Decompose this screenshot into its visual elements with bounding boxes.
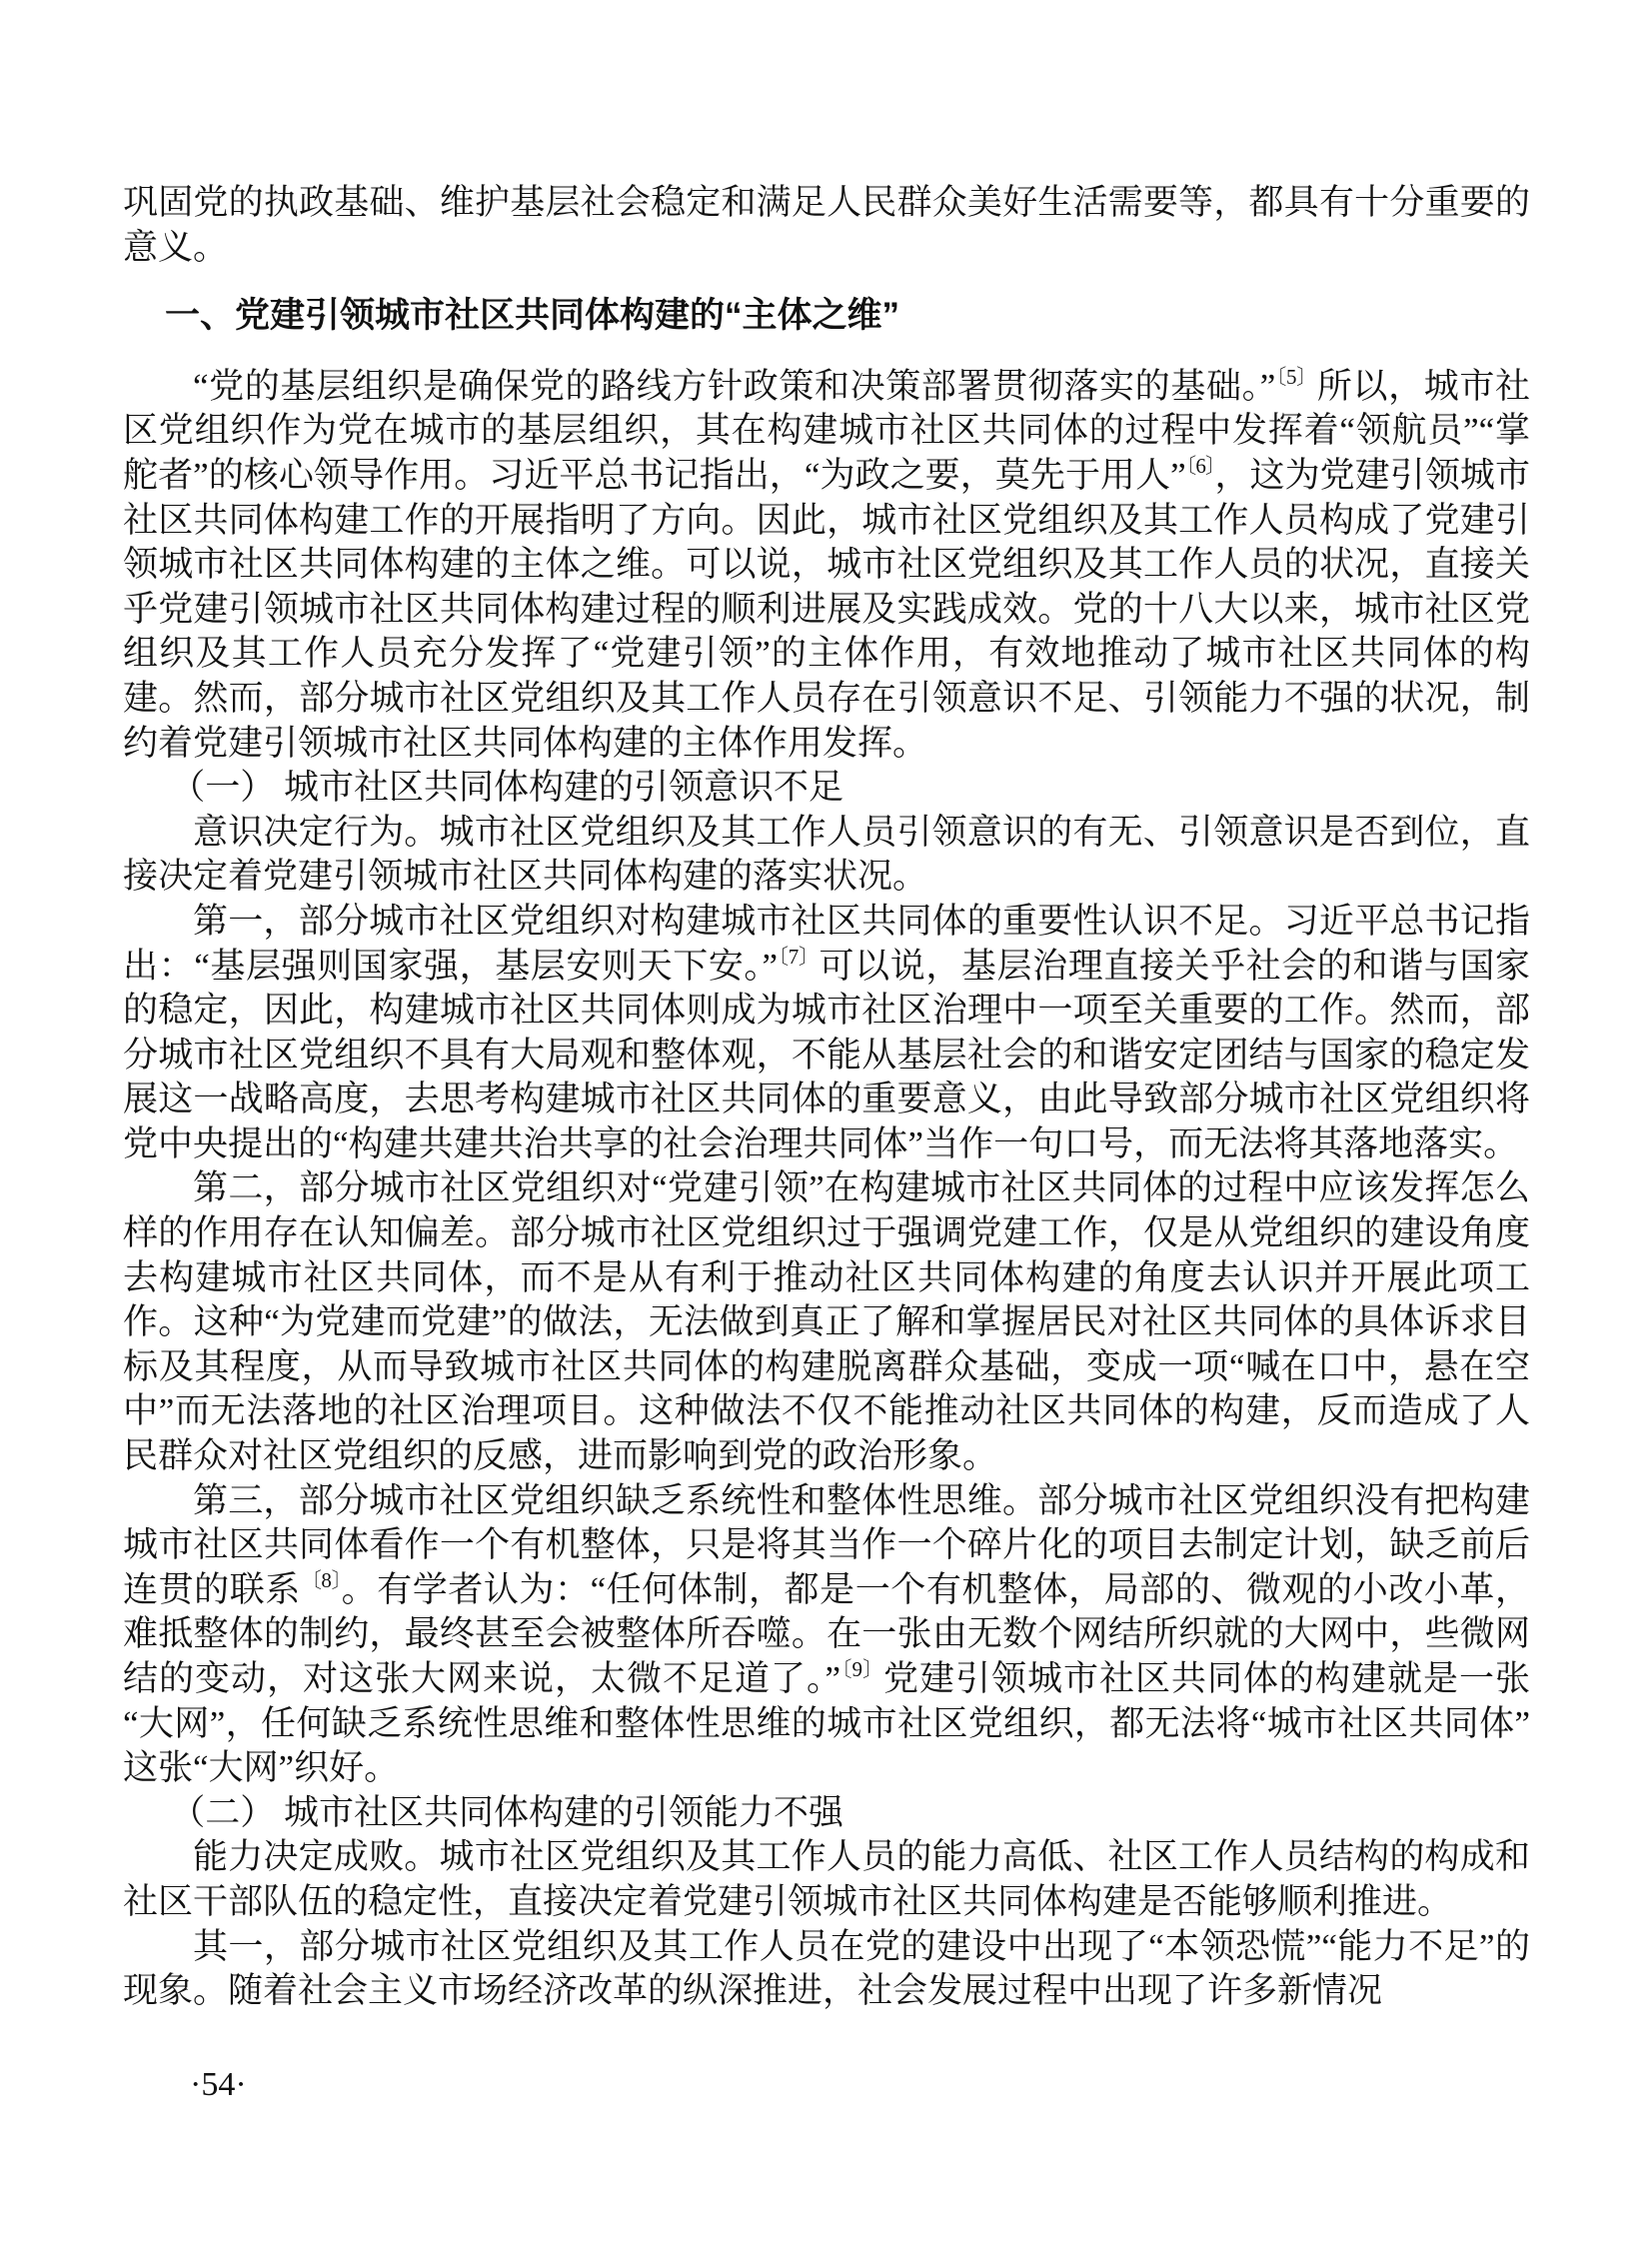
paragraph: 第二，部分城市社区党组织对“党建引领”在构建城市社区共同体的过程中应该发挥怎么样… — [123, 1166, 1530, 1478]
article-body: 巩固党的执政基础、维护基层社会稳定和满足人民群众美好生活需要等，都具有十分重要的… — [123, 181, 1530, 2014]
paragraph: 其一，部分城市社区党组织及其工作人员在党的建设中出现了“本领恐慌”“能力不足”的… — [123, 1925, 1530, 2014]
section-heading: 一、党建引领城市社区共同体构建的“主体之维” — [123, 294, 1530, 339]
footnote-ref: 〔6〕 — [1186, 454, 1215, 478]
page-footer: ·54· — [190, 2065, 247, 2105]
footnote-ref: 〔7〕 — [778, 945, 819, 969]
footnote-ref: 〔9〕 — [840, 1657, 883, 1681]
subsection-heading: （一） 城市社区共同体构建的引领意识不足 — [123, 766, 1530, 811]
paragraph-continuation: 巩固党的执政基础、维护基层社会稳定和满足人民群众美好生活需要等，都具有十分重要的… — [123, 181, 1530, 270]
subsection-heading: （二） 城市社区共同体构建的引领能力不强 — [123, 1791, 1530, 1836]
paragraph: 能力决定成败。城市社区党组织及其工作人员的能力高低、社区工作人员结构的构成和社区… — [123, 1835, 1530, 1924]
paragraph: 第一，部分城市社区党组织对构建城市社区共同体的重要性认识不足。习近平总书记指出：… — [123, 900, 1530, 1167]
paragraph: “党的基层组织是确保党的路线方针政策和决策部署贯彻落实的基础。”〔5〕所以，城市… — [123, 365, 1530, 766]
paragraph: 第三，部分城市社区党组织缺乏系统性和整体性思维。部分城市社区党组织没有把构建城市… — [123, 1479, 1530, 1791]
page-number: ·54· — [190, 2066, 247, 2103]
paragraph: 意识决定行为。城市社区党组织及其工作人员引领意识的有无、引领意识是否到位，直接决… — [123, 811, 1530, 900]
footnote-ref: 〔5〕 — [1275, 365, 1317, 389]
journal-page: 巩固党的执政基础、维护基层社会稳定和满足人民群众美好生活需要等，都具有十分重要的… — [0, 0, 1652, 2243]
footnote-ref: 〔8〕 — [301, 1568, 342, 1592]
